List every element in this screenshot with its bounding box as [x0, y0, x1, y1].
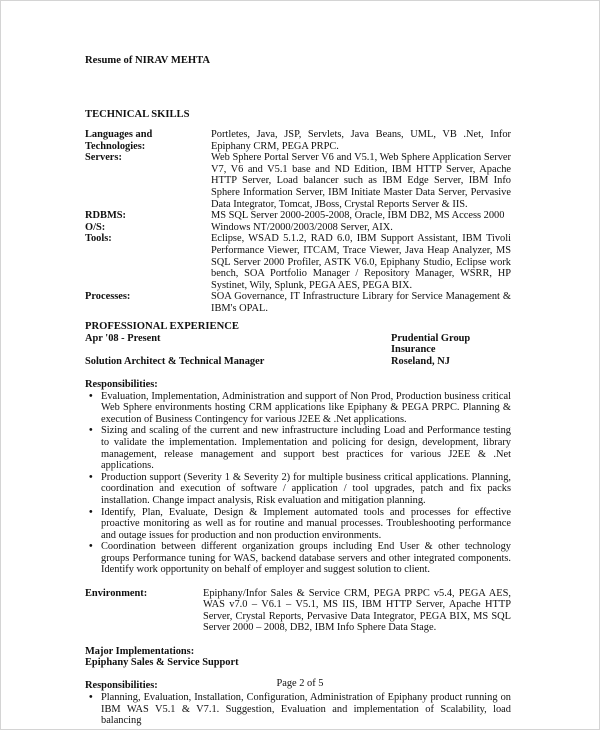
job-header: Apr '08 - Present Prudential Group Insur…	[85, 333, 511, 356]
list-item: Production support (Severity 1 & Severit…	[85, 472, 511, 507]
list-item: Planning, Evaluation, Installation, Conf…	[85, 692, 511, 727]
technical-skills-heading: TECHNICAL SKILLS	[85, 109, 190, 121]
skill-row: Languages and Technologies:Portletes, Ja…	[85, 129, 511, 152]
major-implementation-title: Epiphany Sales & Service Support	[85, 657, 511, 669]
job-location: Roseland, NJ	[391, 356, 511, 368]
skill-row: O/S:Windows NT/2000/2003/2008 Server, AI…	[85, 222, 511, 234]
skill-row: Processes:SOA Governance, IT Infrastruct…	[85, 291, 511, 314]
resume-title: Resume of NIRAV MEHTA	[85, 55, 210, 67]
list-item: Identify, Plan, Evaluate, Design & Imple…	[85, 507, 511, 542]
list-item: Evaluation, Implementation, Administrati…	[85, 391, 511, 426]
major-implementations-heading: Major Implementations:	[85, 646, 511, 658]
job-subheader: Solution Architect & Technical Manager R…	[85, 356, 511, 368]
environment-row: Environment: Epiphany/Infor Sales & Serv…	[85, 588, 511, 634]
document-page: Resume of NIRAV MEHTA TECHNICAL SKILLS L…	[0, 0, 600, 730]
environment-label: Environment:	[85, 588, 203, 634]
responsibilities-list: Evaluation, Implementation, Administrati…	[85, 391, 511, 577]
skill-row: Servers:Web Sphere Portal Server V6 and …	[85, 152, 511, 210]
skill-row: Tools:Eclipse, WSAD 5.1.2, RAD 6.0, IBM …	[85, 233, 511, 291]
technical-skills-table: Languages and Technologies:Portletes, Ja…	[85, 129, 511, 315]
responsibilities-heading: Responsibilities:	[85, 379, 511, 391]
experience-heading: PROFESSIONAL EXPERIENCE	[85, 321, 511, 333]
environment-value: Epiphany/Infor Sales & Service CRM, PEGA…	[203, 588, 511, 634]
skill-row: RDBMS:MS SQL Server 2000-2005-2008, Orac…	[85, 210, 511, 222]
page-number: Page 2 of 5	[1, 678, 599, 690]
list-item: Coordination between different organizat…	[85, 541, 511, 576]
job-role: Solution Architect & Technical Manager	[85, 356, 264, 368]
job-company: Prudential Group Insurance	[391, 333, 511, 356]
list-item: Sizing and scaling of the current and ne…	[85, 425, 511, 471]
professional-experience: PROFESSIONAL EXPERIENCE Apr '08 - Presen…	[85, 321, 511, 727]
job-period: Apr '08 - Present	[85, 333, 161, 356]
responsibilities-list-2: Planning, Evaluation, Installation, Conf…	[85, 692, 511, 727]
